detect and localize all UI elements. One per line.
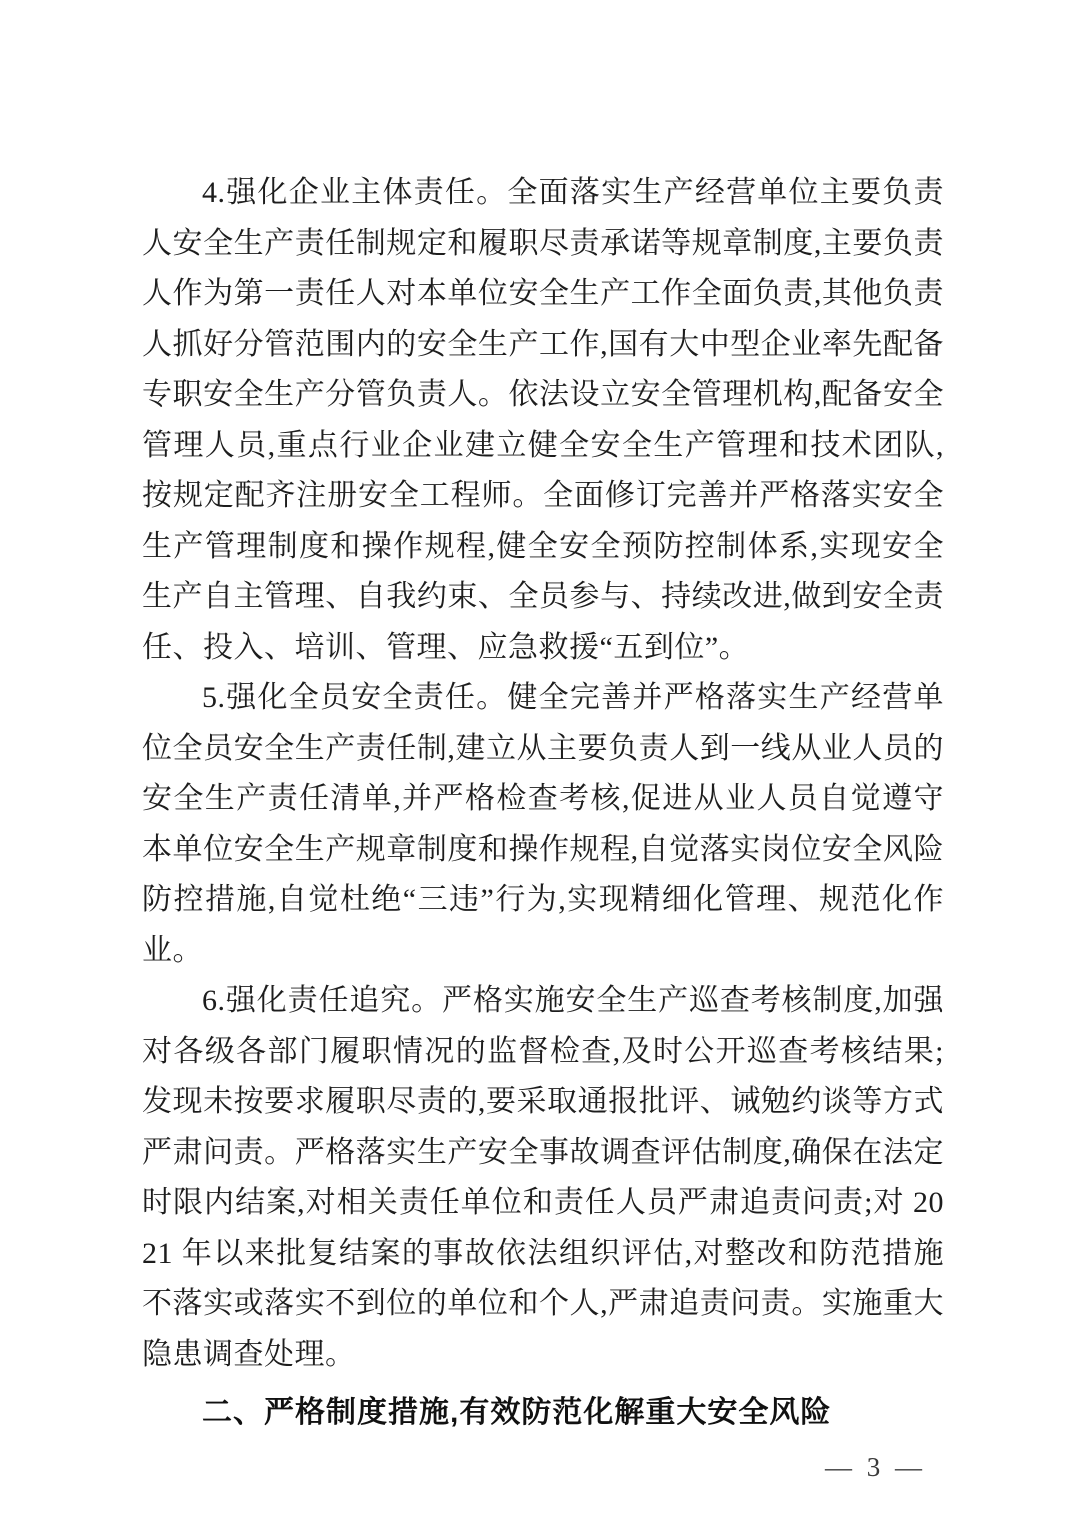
paragraph-item-5: 5.强化全员安全责任。健全完善并严格落实生产经营单位全员安全生产责任制,建立从主… <box>142 673 944 976</box>
document-page: 4.强化企业主体责任。全面落实生产经营单位主要负责人安全生产责任制规定和履职尽责… <box>0 0 1080 1514</box>
document-content: 4.强化企业主体责任。全面落实生产经营单位主要负责人安全生产责任制规定和履职尽责… <box>0 0 1080 1488</box>
page-number: — 3 — <box>142 1446 926 1488</box>
paragraph-item-6: 6.强化责任追究。严格实施安全生产巡查考核制度,加强对各级各部门履职情况的监督检… <box>142 976 944 1380</box>
section-heading: 二、严格制度措施,有效防范化解重大安全风险 <box>142 1388 944 1438</box>
paragraph-item-4: 4.强化企业主体责任。全面落实生产经营单位主要负责人安全生产责任制规定和履职尽责… <box>142 168 944 673</box>
